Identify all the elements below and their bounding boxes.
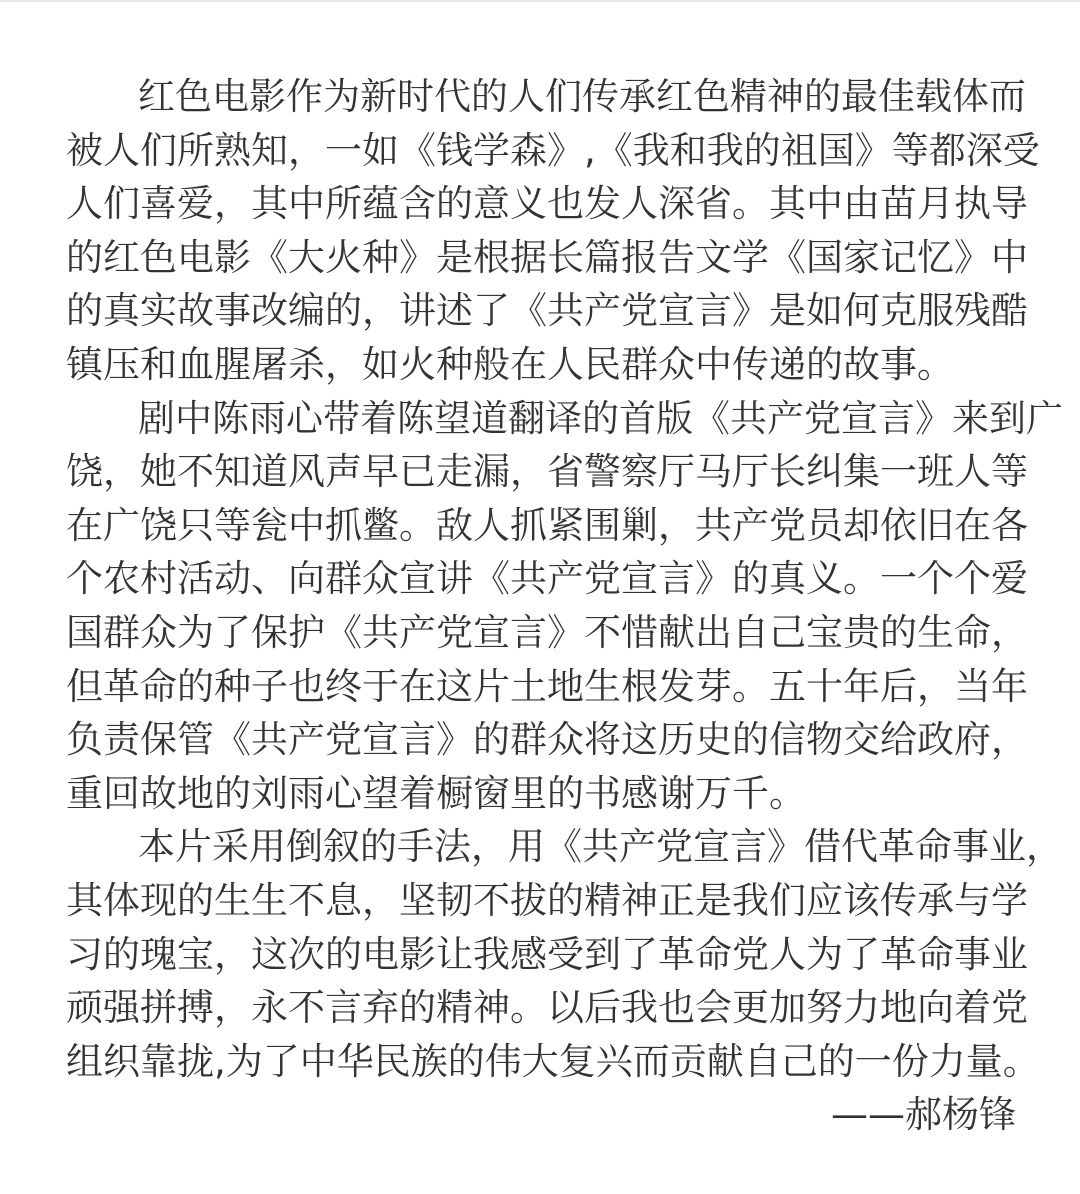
author-signature: ——郝杨锋 xyxy=(66,1088,1016,1142)
top-divider xyxy=(0,0,1080,2)
text-line: 国群众为了保护《共产党宣言》不惜献出自己宝贵的生命， xyxy=(66,606,1016,660)
text-line: 重回故地的刘雨心望着橱窗里的书感谢万千。 xyxy=(66,767,1016,821)
text-line: 镇压和血腥屠杀，如火种般在人民群众中传递的故事。 xyxy=(66,338,1016,392)
text-line: 的真实故事改编的，讲述了《共产党宣言》是如何克服残酷 xyxy=(66,284,1016,338)
text-line: 个农村活动、向群众宣讲《共产党宣言》的真义。一个个爱 xyxy=(66,552,1016,606)
paragraph-1: 红色电影作为新时代的人们传承红色精神的最佳载体而 被人们所熟知，一如《钱学森》,… xyxy=(66,70,1016,392)
text-line: 的红色电影《大火种》是根据长篇报告文学《国家记忆》中 xyxy=(66,231,1016,285)
text-line: 剧中陈雨心带着陈望道翻译的首版《共产党宣言》来到广 xyxy=(66,392,1016,446)
article-body: 红色电影作为新时代的人们传承红色精神的最佳载体而 被人们所熟知，一如《钱学森》,… xyxy=(66,70,1016,1142)
text-line: 本片采用倒叙的手法，用《共产党宣言》借代革命事业， xyxy=(66,820,1016,874)
text-line: 负责保管《共产党宣言》的群众将这历史的信物交给政府， xyxy=(66,713,1016,767)
text-line: 红色电影作为新时代的人们传承红色精神的最佳载体而 xyxy=(66,70,1016,124)
text-line: 组织靠拢,为了中华民族的伟大复兴而贡献自己的一份力量。 xyxy=(66,1035,1016,1089)
text-line: 被人们所熟知，一如《钱学森》,《我和我的祖国》等都深受 xyxy=(66,124,1016,178)
text-line: 饶，她不知道风声早已走漏，省警察厅马厅长纠集一班人等 xyxy=(66,445,1016,499)
text-line: 在广饶只等瓮中抓鳖。敌人抓紧围剿，共产党员却依旧在各 xyxy=(66,499,1016,553)
text-line: 顽强拼搏，永不言弃的精神。以后我也会更加努力地向着党 xyxy=(66,981,1016,1035)
paragraph-3: 本片采用倒叙的手法，用《共产党宣言》借代革命事业， 其体现的生生不息，坚韧不拔的… xyxy=(66,820,1016,1088)
text-line: 但革命的种子也终于在这片土地生根发芽。五十年后，当年 xyxy=(66,660,1016,714)
text-line: 习的瑰宝，这次的电影让我感受到了革命党人为了革命事业 xyxy=(66,928,1016,982)
text-line: 其体现的生生不息，坚韧不拔的精神正是我们应该传承与学 xyxy=(66,874,1016,928)
paragraph-2: 剧中陈雨心带着陈望道翻译的首版《共产党宣言》来到广 饶，她不知道风声早已走漏，省… xyxy=(66,392,1016,821)
text-line: 人们喜爱，其中所蕴含的意义也发人深省。其中由苗月执导 xyxy=(66,177,1016,231)
